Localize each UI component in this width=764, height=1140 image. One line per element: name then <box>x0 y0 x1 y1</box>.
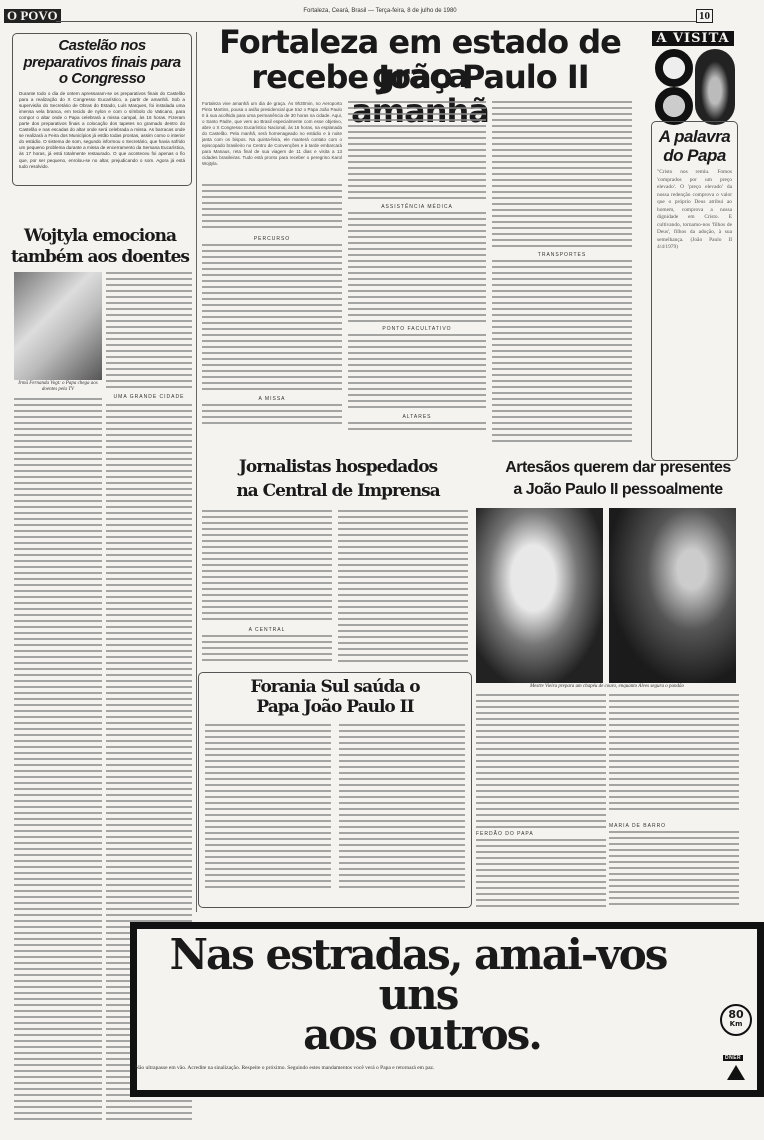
castelao-box: Castelão nos preparativos finais para o … <box>12 33 192 186</box>
main-subhead-missa: A MISSA <box>202 396 342 402</box>
speed-limit-sign: 80 Km <box>720 1004 752 1036</box>
forania-col2 <box>339 724 465 892</box>
main-subhead-transportes: TRANSPORTES <box>492 252 632 258</box>
forania-box: Forania Sul saúda o Papa João Paulo II <box>198 672 472 908</box>
page-number: 10 <box>696 9 713 23</box>
road-triangle-icon <box>727 1065 745 1080</box>
artesaos-headline-line1: Artesãos querem dar presentes <box>476 459 760 477</box>
wojtyla-body-col1 <box>14 398 102 1120</box>
artesaos-headline-line2: a João Paulo II pessoalmente <box>476 481 760 499</box>
artesaos-subhead-ferdao: FERDÃO DO PAPA <box>476 831 606 837</box>
main-subhead-percurso: PERCURSO <box>202 236 342 242</box>
main-col2-d <box>348 422 486 432</box>
palavra-headline-line2: do Papa <box>657 147 732 166</box>
palavra-box: A palavra do Papa "Cristo nos remiu. Fom… <box>651 121 738 461</box>
jornalistas-subhead-central: A CENTRAL <box>202 627 332 633</box>
dner-logo: DNER <box>723 1055 743 1061</box>
artesaos-col1-a <box>476 694 606 828</box>
jornalistas-col2 <box>338 510 468 664</box>
main-subhead-ponto: PONTO FACULTATIVO <box>348 326 486 332</box>
jornalistas-headline-line1: Jornalistas hospedados <box>200 457 476 477</box>
speed-limit-value: 80 <box>722 1009 750 1020</box>
road-safety-advertisement: Nas estradas, amai-vos uns aos outros. N… <box>130 922 764 1097</box>
ad-headline-line2: aos outros. <box>137 1015 707 1055</box>
palavra-headline-line1: A palavra <box>657 128 732 147</box>
dateline: Fortaleza, Ceará, Brasil — Terça-feira, … <box>200 8 560 14</box>
main-col3-b <box>492 260 632 446</box>
column-rule <box>196 32 197 912</box>
palavra-body: "Cristo nos remiu. Fomos 'comprados por … <box>657 169 732 439</box>
artesaos-photo-right <box>609 508 736 683</box>
artesaos-col1-b <box>476 839 606 909</box>
jornalistas-col1-a <box>202 510 332 622</box>
artesaos-photo-caption: Mestre Vieira prepara um chapéu de couro… <box>476 684 738 689</box>
ad-tagline: Não ultrapasse em vão. Acredite na sinal… <box>135 1065 695 1071</box>
visita-logo-circle-top <box>655 49 693 87</box>
main-col1-b <box>202 244 342 392</box>
castelao-body: Durante todo o dia de ontem apressaram-s… <box>19 91 185 186</box>
visita-label: A VISITA <box>652 31 734 46</box>
main-col1-c <box>202 404 342 426</box>
main-col2-b <box>348 212 486 322</box>
main-subhead-altares: ALTARES <box>348 414 486 420</box>
wojtyla-subhead: UMA GRANDE CIDADE <box>106 394 192 400</box>
visita-logo-circle-bottom <box>655 87 693 125</box>
forania-col1 <box>205 724 331 892</box>
artesaos-photo-left <box>476 508 603 683</box>
forania-headline-line1: Forania Sul saúda o <box>205 677 465 697</box>
newspaper-logo: O POVO <box>4 9 61 23</box>
visita-cathedral-oval <box>695 49 735 125</box>
ad-headline-line1: Nas estradas, amai-vos uns <box>129 935 707 1015</box>
wojtyla-body-col2 <box>106 272 192 390</box>
jornalistas-col1-b <box>202 635 332 663</box>
jornalistas-headline-line2: na Central de Imprensa <box>200 481 476 501</box>
main-subhead-assistencia: ASSISTÊNCIA MÉDICA <box>348 204 486 210</box>
main-col1-a <box>202 184 342 230</box>
castelao-headline: Castelão nos preparativos finais para o … <box>19 38 185 88</box>
artesaos-col2-b <box>609 831 739 909</box>
main-lead: Fortaleza vive amanhã um dia de graça. À… <box>202 101 342 181</box>
speed-limit-unit: Km <box>722 1020 750 1028</box>
artesaos-col2-a <box>609 694 739 814</box>
wojtyla-headline: Wojtyla emociona também aos doentes <box>8 226 192 268</box>
forania-headline-line2: Papa João Paulo II <box>205 697 465 717</box>
wojtyla-photo-caption: Irmã Fernanda Vogt: o Papa chega aos doe… <box>12 381 104 393</box>
main-col2-a <box>348 101 486 201</box>
main-col3-a <box>492 101 632 247</box>
masthead-rule <box>56 21 696 22</box>
main-col2-c <box>348 334 486 410</box>
artesaos-subhead-maria: MARIA DE BARRO <box>609 823 739 829</box>
wojtyla-photo <box>14 272 102 380</box>
